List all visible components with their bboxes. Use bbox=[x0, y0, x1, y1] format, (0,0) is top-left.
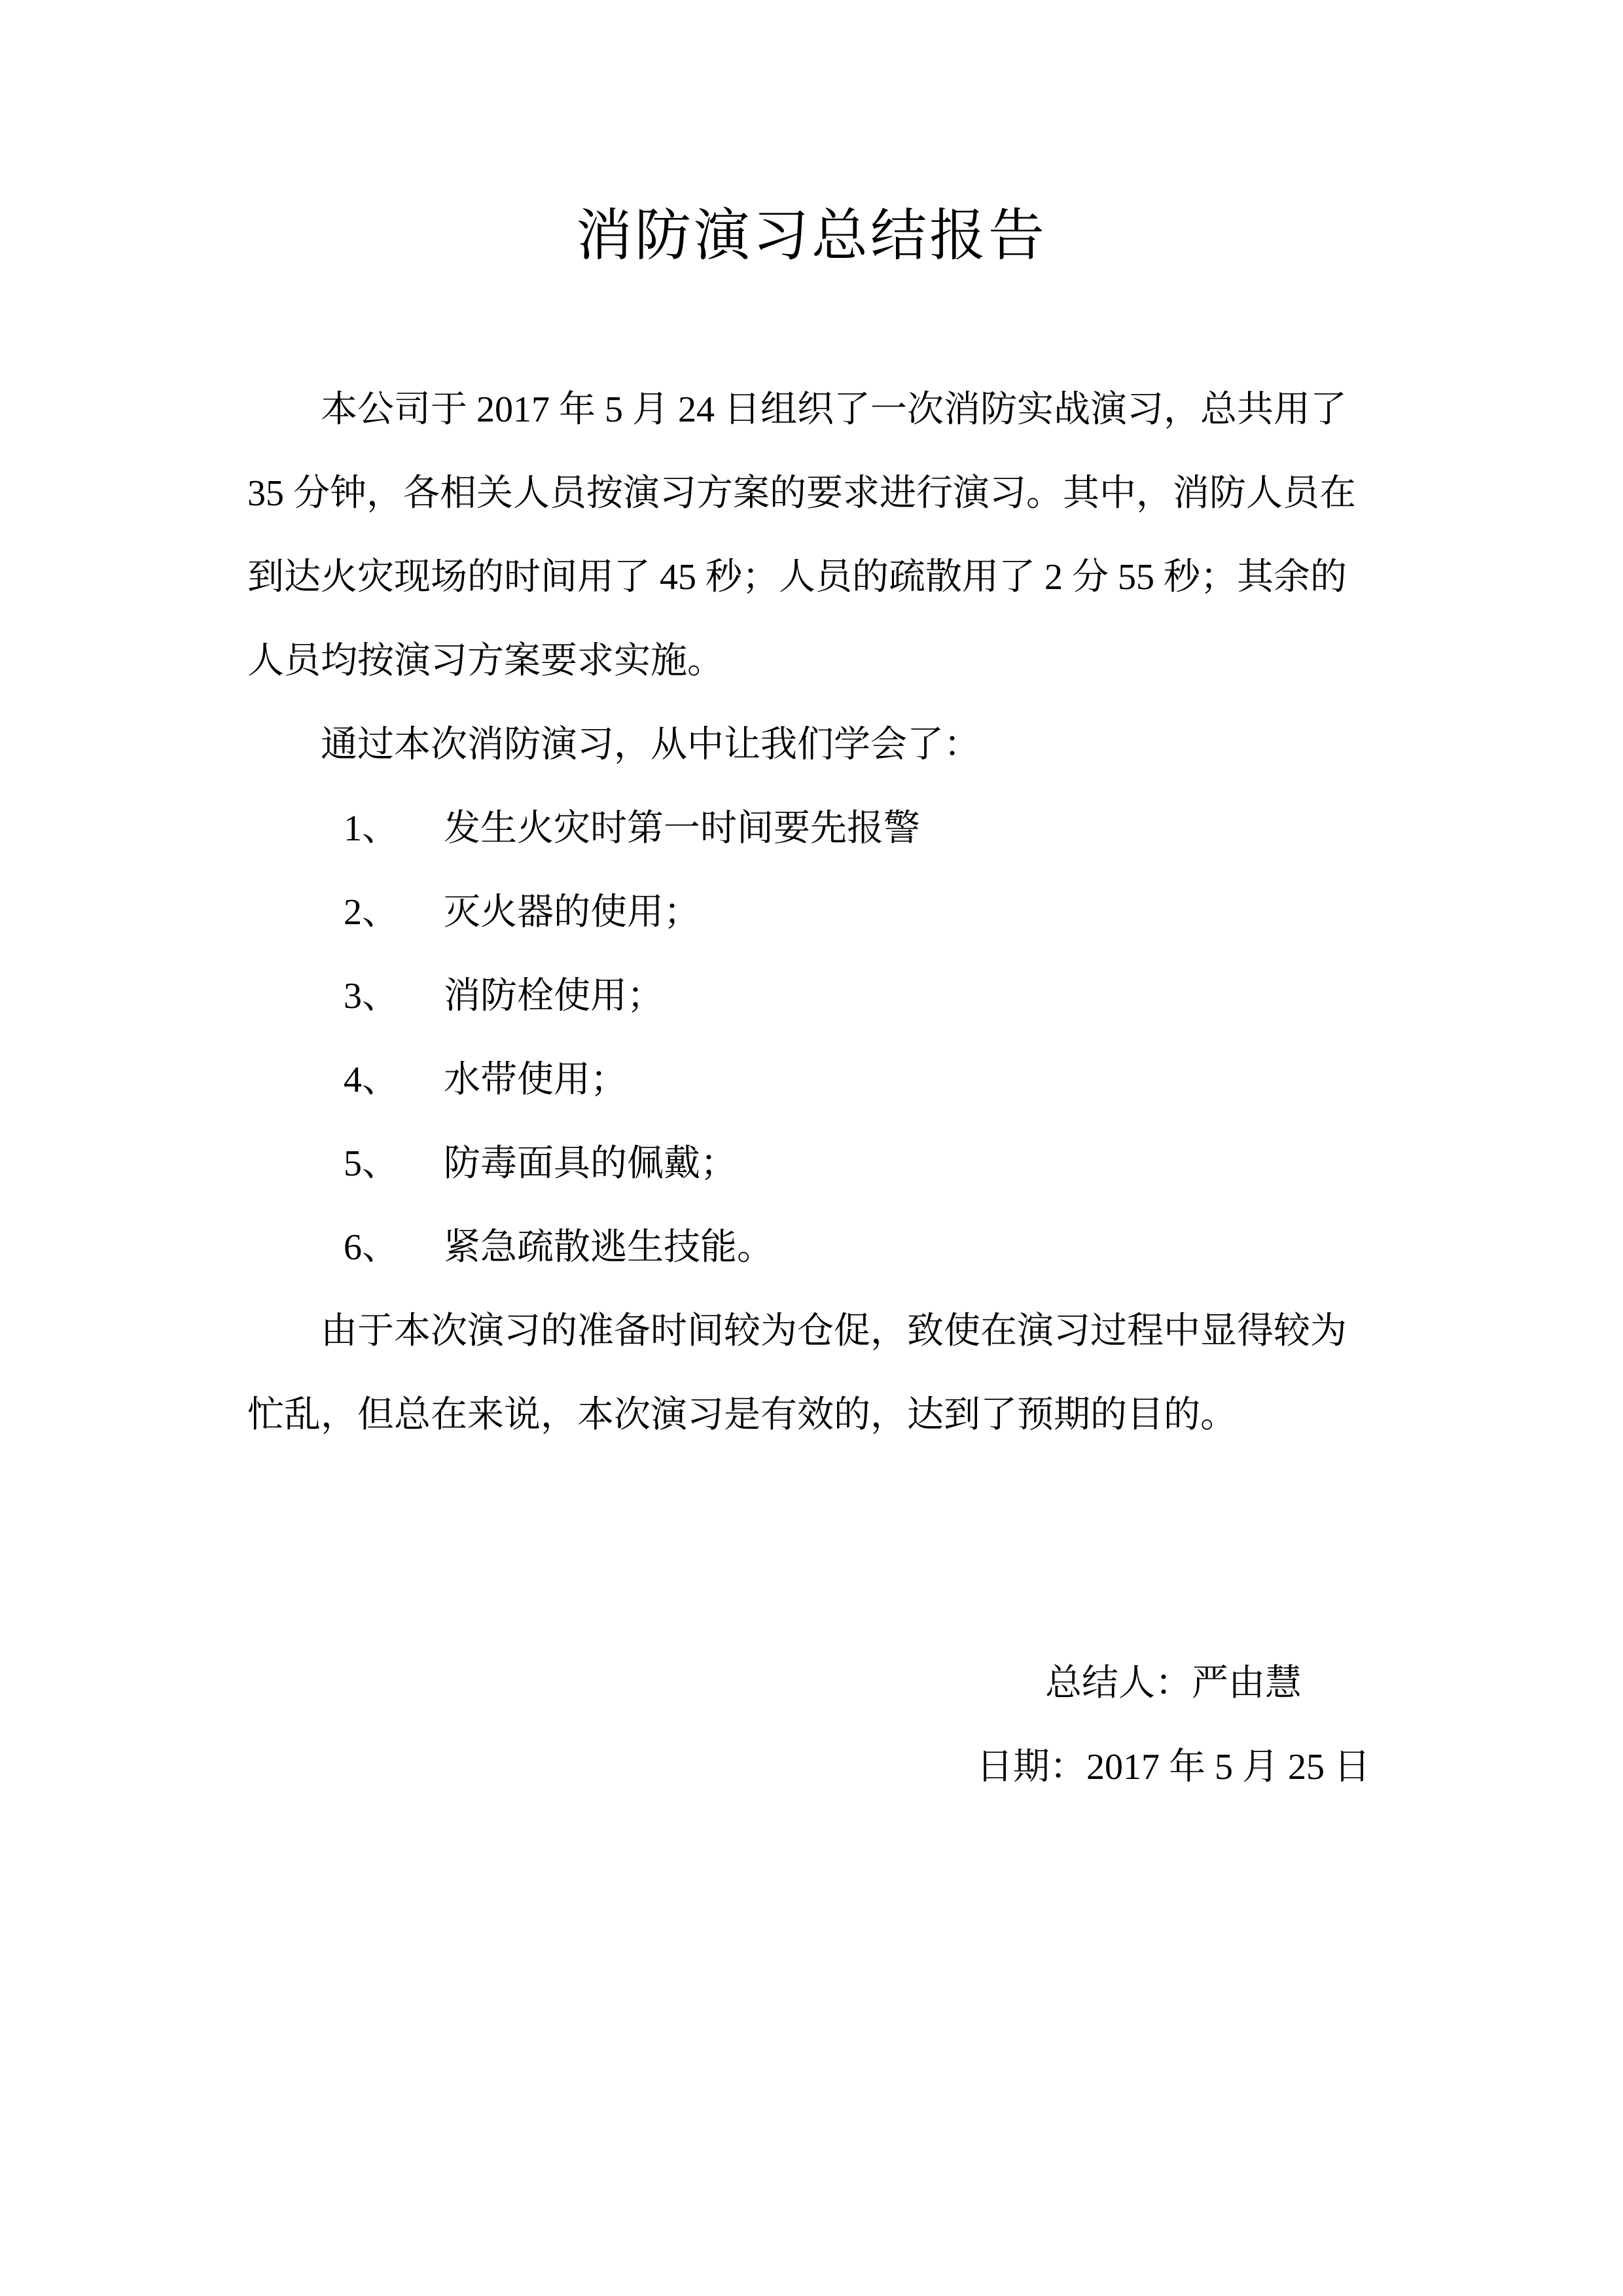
list-item-text: 发生火灾时第一时间要先报警 bbox=[444, 802, 920, 855]
paragraph-3-line-2: 忙乱，但总在来说，本次演习是有效的，达到了预期的目的。 bbox=[247, 1389, 1237, 1441]
list-item-number: 5、 bbox=[344, 1138, 399, 1190]
author-line: 总结人：严由慧 bbox=[1045, 1657, 1302, 1710]
document-page: 消防演习总结报告 本公司于 2017 年 5 月 24 日组织了一次消防实战演习… bbox=[0, 0, 1623, 2296]
list-item-number: 1、 bbox=[344, 802, 399, 855]
paragraph-1-line-4: 人员均按演习方案要求实施。 bbox=[247, 635, 724, 687]
document-title: 消防演习总结报告 bbox=[0, 196, 1623, 275]
date-value: 2017 年 5 月 25 日 bbox=[1086, 1747, 1370, 1787]
date-label: 日期： bbox=[976, 1747, 1086, 1787]
paragraph-2-line-1: 通过本次消防演习，从中让我们学会了： bbox=[321, 719, 980, 771]
list-item-text: 消防栓使用； bbox=[444, 970, 664, 1022]
date-line: 日期：2017 年 5 月 25 日 bbox=[976, 1741, 1370, 1793]
list-item-text: 水带使用； bbox=[444, 1054, 627, 1106]
paragraph-1-line-1: 本公司于 2017 年 5 月 24 日组织了一次消防实战演习，总共用了 bbox=[321, 384, 1347, 436]
paragraph-1-line-2: 35 分钟，各相关人员按演习方案的要求进行演习。其中，消防人员在 bbox=[247, 467, 1356, 520]
list-item-text: 紧急疏散逃生技能。 bbox=[444, 1221, 774, 1274]
paragraph-3-line-1: 由于本次演习的准备时间较为仓促，致使在演习过程中显得较为 bbox=[321, 1305, 1347, 1357]
list-item-text: 防毒面具的佩戴； bbox=[444, 1138, 737, 1190]
author-label: 总结人： bbox=[1045, 1663, 1192, 1704]
list-item-text: 灭火器的使用； bbox=[444, 886, 700, 939]
list-item-number: 2、 bbox=[344, 886, 399, 939]
paragraph-1-line-3: 到达火灾现场的时间用了 45 秒；人员的疏散用了 2 分 55 秒；其余的 bbox=[247, 551, 1347, 603]
list-item-number: 6、 bbox=[344, 1221, 399, 1274]
list-item-number: 4、 bbox=[344, 1054, 399, 1106]
list-item-number: 3、 bbox=[344, 970, 399, 1022]
author-name: 严由慧 bbox=[1192, 1663, 1302, 1704]
